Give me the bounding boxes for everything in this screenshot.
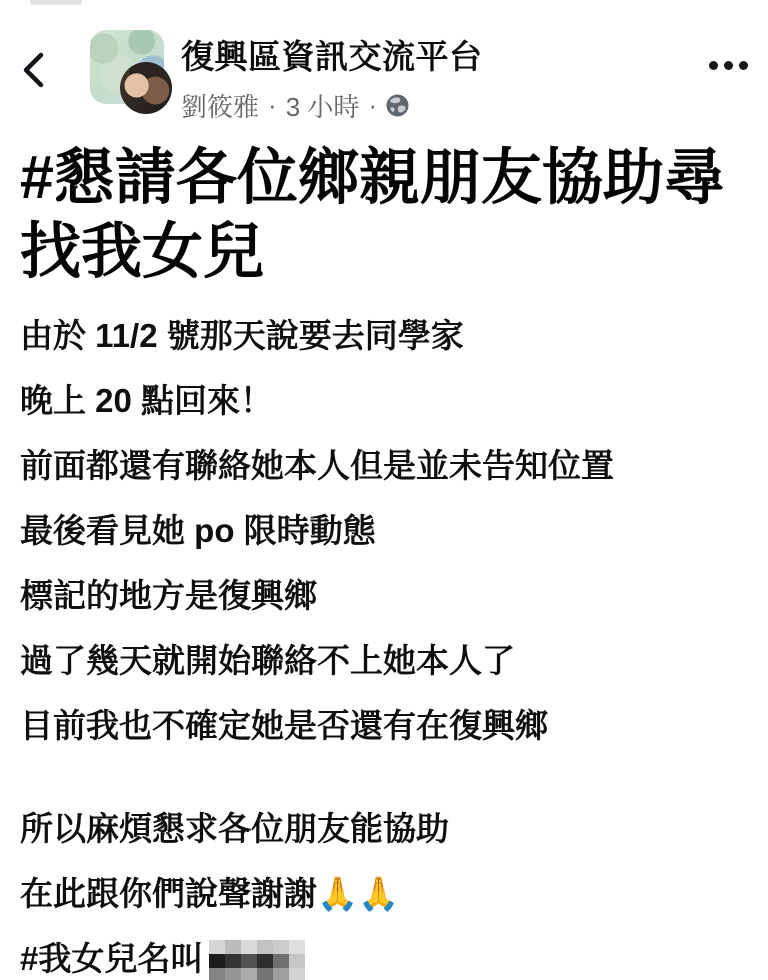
post-paragraph: 標記的地方是復興鄉 — [20, 574, 748, 618]
author-photo-overlay — [120, 62, 172, 114]
facebook-post-page: 復興區資訊交流平台 劉筱雅 · 3 小時 · #懇請各位鄉親朋友協助尋找我女兒 — [0, 0, 768, 980]
dot-icon — [709, 61, 718, 70]
globe-icon — [386, 94, 409, 117]
meta-separator: · — [268, 90, 277, 121]
redacted-name-mosaic — [209, 940, 305, 980]
post-paragraph: 由於 11/2 號那天說要去同學家 — [20, 314, 748, 358]
group-avatar[interactable] — [90, 30, 164, 104]
post-paragraph: 最後看見她 po 限時動態 — [20, 509, 748, 553]
post-header: 復興區資訊交流平台 劉筱雅 · 3 小時 · — [0, 0, 768, 118]
post-meta: 劉筱雅 · 3 小時 · — [181, 87, 483, 124]
post-paragraph: 目前我也不確定她是否還有在復興鄉 — [20, 704, 748, 748]
post-paragraph: 在此跟你們說聲謝謝🙏🙏 — [20, 872, 748, 916]
back-button[interactable] — [16, 48, 50, 92]
post-body: 由於 11/2 號那天說要去同學家 晚上 20 點回來！ 前面都還有聯絡她本人但… — [20, 314, 748, 980]
meta-separator: · — [368, 90, 377, 121]
dot-icon — [739, 61, 748, 70]
header-text-block: 復興區資訊交流平台 劉筱雅 · 3 小時 · — [181, 31, 483, 124]
last-line-prefix: #我女兒名叫 — [20, 937, 203, 980]
post-content: #懇請各位鄉親朋友協助尋找我女兒 由於 11/2 號那天說要去同學家 晚上 20… — [0, 140, 768, 980]
post-paragraph: 晚上 20 點回來！ — [20, 379, 748, 423]
dot-icon — [724, 61, 733, 70]
post-paragraph: 所以麻煩懇求各位朋友能協助 — [20, 807, 748, 851]
more-options-button[interactable] — [702, 50, 748, 80]
post-paragraph: 過了幾天就開始聯絡不上她本人了 — [20, 639, 748, 683]
post-paragraph-redacted: #我女兒名叫 — [20, 937, 748, 980]
chevron-left-icon — [21, 51, 45, 89]
timestamp: 3 小時 — [286, 87, 360, 124]
post-title: #懇請各位鄉親朋友協助尋找我女兒 — [20, 140, 752, 288]
group-name[interactable]: 復興區資訊交流平台 — [181, 31, 483, 78]
author-name[interactable]: 劉筱雅 — [181, 87, 259, 124]
post-paragraph: 前面都還有聯絡她本人但是並未告知位置 — [20, 444, 748, 488]
paragraph-gap — [20, 769, 748, 807]
